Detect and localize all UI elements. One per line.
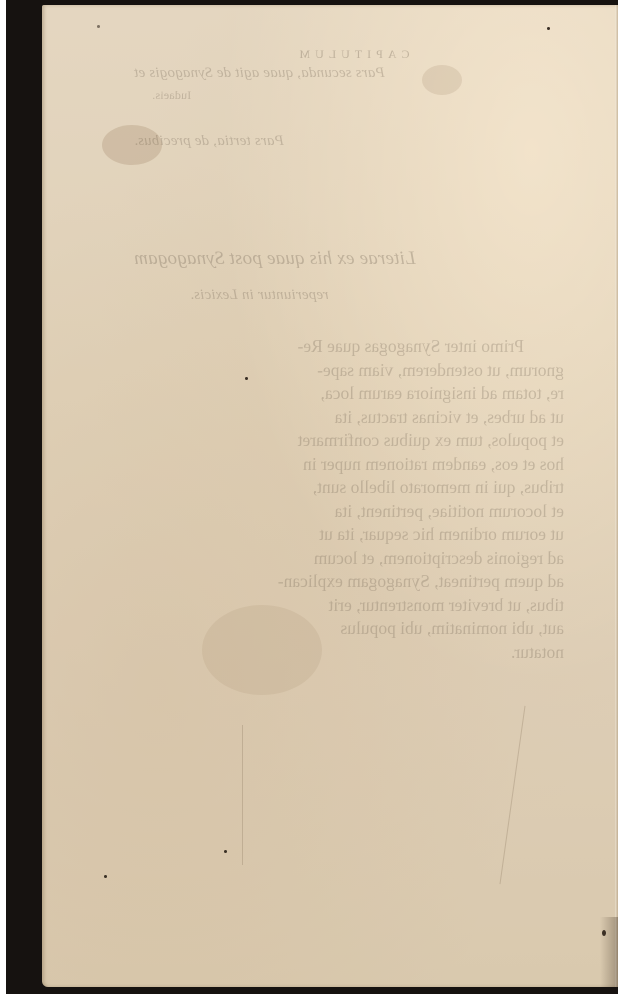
bleed-body-line: tribus, qui in memorato libello sunt, [134, 476, 564, 500]
bleed-body-line: Primo inter Synagogas quae Re- [134, 335, 564, 359]
paper-stain [202, 605, 322, 695]
bleed-title-line: Literae ex his quae post Synagogam [134, 248, 416, 270]
bleed-body-line: hos et eos, eandem rationem nuper in [134, 453, 564, 477]
ink-speck [224, 850, 227, 853]
bleed-top-line: Iudaeis. [152, 88, 191, 103]
bleed-body-line: ut eorum ordinem hic sequar, ita ut [134, 523, 564, 547]
bleed-body-text: Primo inter Synagogas quae Re- gnorum, u… [134, 335, 564, 664]
bleed-body-line: tibus, ut breviter monstrentur, erit [134, 594, 564, 618]
bleed-body-line: notatur. [134, 641, 564, 665]
paper-crease [242, 725, 243, 865]
bleed-body-line: aut, ubi nominatim, ubi populus [134, 617, 564, 641]
bleed-body-line: et populos, tum ex quibus confirmaret [134, 429, 564, 453]
book-page: CAPITULUM Pars secunda, quae agit de Syn… [42, 5, 618, 987]
bleed-body-line: ad quem pertineat, Synagogam explican- [134, 570, 564, 594]
bleed-body-line: et locorum notitiae, pertinent, ita [134, 500, 564, 524]
ink-speck [104, 875, 107, 878]
paper-crease [499, 706, 525, 884]
ink-speck [97, 25, 100, 28]
bleed-body-line: gnorum, ut ostenderem, viam sape- [134, 359, 564, 383]
paper-stain [422, 65, 462, 95]
bleed-running-head: CAPITULUM [192, 47, 512, 62]
bleed-body-line: re, totam ad insigniora earum loca, [134, 382, 564, 406]
bleed-body-line: ad regionis descriptionem, et locum [134, 547, 564, 571]
paper-stain [102, 125, 162, 165]
ink-speck [245, 377, 248, 380]
bleed-body-line: ut ad urbes, et vicinas tractus, ita [134, 406, 564, 430]
bleed-title-line: reperiuntur in Lexicis. [190, 287, 329, 304]
page-corner-shadow [600, 917, 618, 987]
ink-speck [547, 27, 550, 30]
bleed-top-line: Pars secunda, quae agit de Synagogis et [134, 65, 385, 82]
